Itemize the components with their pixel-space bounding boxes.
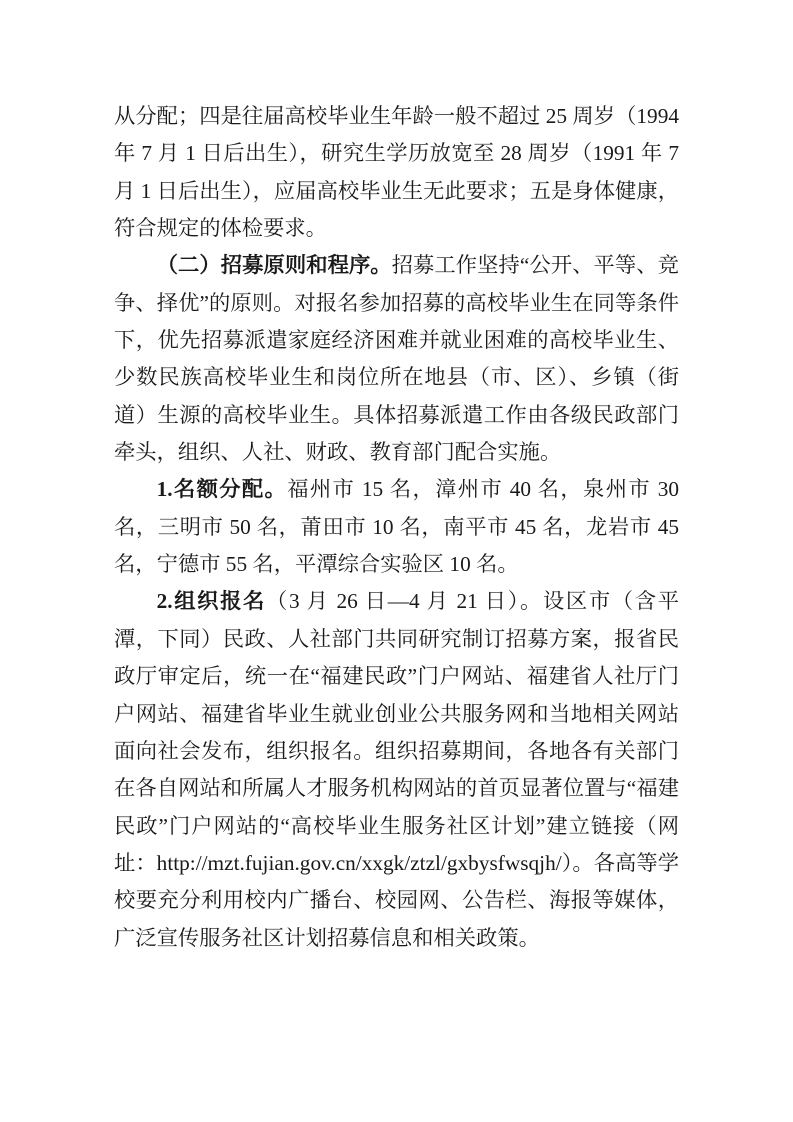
document-body: 从分配；四是往届高校毕业生年龄一般不超过 25 周岁（1994 年 7 月 1 … — [114, 98, 679, 957]
paragraph-text: 从分配；四是往届高校毕业生年龄一般不超过 25 周岁（1994 年 7 月 1 … — [114, 104, 679, 240]
paragraph-lead: （二）招募原则和程序。 — [157, 253, 392, 277]
paragraph-lead: 2.组织报名 — [157, 589, 266, 613]
paragraph-text: 招募工作坚持“公开、平等、竞争、择优”的原则。对报名参加招募的高校毕业生在同等条… — [114, 253, 679, 464]
paragraph: 2.组织报名（3 月 26 日—4 月 21 日）。设区市（含平潭，下同）民政、… — [114, 583, 679, 956]
document-page: 从分配；四是往届高校毕业生年龄一般不超过 25 周岁（1994 年 7 月 1 … — [0, 0, 793, 1122]
paragraph-lead: 1.名额分配。 — [157, 477, 288, 501]
document-url-text: http://mzt.fujian.gov.cn/xxgk/ztzl/gxbys… — [157, 851, 562, 875]
paragraph: （二）招募原则和程序。招募工作坚持“公开、平等、竞争、择优”的原则。对报名参加招… — [114, 247, 679, 471]
paragraph-text: （3 月 26 日—4 月 21 日）。设区市（含平潭，下同）民政、人社部门共同… — [114, 589, 679, 874]
paragraph: 1.名额分配。福州市 15 名，漳州市 40 名，泉州市 30 名，三明市 50… — [114, 471, 679, 583]
paragraph: 从分配；四是往届高校毕业生年龄一般不超过 25 周岁（1994 年 7 月 1 … — [114, 98, 679, 247]
